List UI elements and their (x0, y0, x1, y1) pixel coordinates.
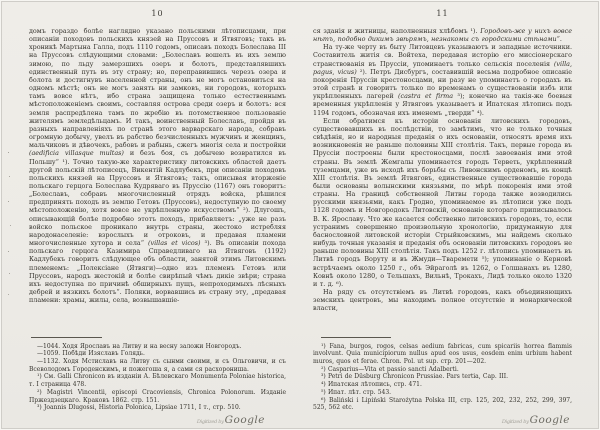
footnote: —1132. Ходя Мстиславъ на Литву съ сынми … (29, 358, 286, 373)
footnote: —1059. Побѣди Изяславъ Голядь. (29, 350, 286, 358)
digitized-by-text: Digitized by (197, 419, 224, 425)
page-right: 11 ся зданія и житницы, наполненныя хлѣб… (313, 0, 572, 428)
paragraph: ся зданія и житницы, наполненныя хлѣбомъ… (313, 27, 572, 43)
italic-text-segment: (villas et vicos) (148, 239, 201, 247)
text-segment: Если обратимся къ исторіи основанія лито… (313, 117, 572, 288)
google-logo-text: Google (530, 414, 570, 426)
google-watermark-right: Digitized byGoogle (502, 408, 570, 427)
paragraph: Если обратимся къ исторіи основанія лито… (313, 117, 572, 288)
footnote: ⁴) Ипатская лѣтопись, стр. 471. (313, 381, 572, 389)
footer-left: —1044. Ходя Ярославъ на Литву и на весну… (29, 337, 286, 412)
footnote: ¹) Fana, burgos, rogos, celsas aedium fa… (313, 343, 572, 366)
page-left: 10 домъ гораздо болѣе наглядно указано п… (29, 0, 286, 428)
book-scan: 10 домъ гораздо болѣе наглядно указано п… (0, 0, 600, 430)
scan-noise-specks (8, 152, 9, 153)
text-segment: ³). Въ описаніи похода польскаго герцога… (29, 239, 286, 304)
paragraph: На ряду съ отсутствіемъ въ Литвѣ городов… (313, 288, 572, 312)
footnote: ⁵) Ипат. лѣт. стр. 543. (313, 389, 572, 397)
text-segment: На ряду съ отсутствіемъ въ Литвѣ городов… (313, 288, 572, 312)
paragraph: На ту-же черту въ быту Литовцевъ указыва… (313, 43, 572, 116)
footnote: ¹) См. Galli Chronicon въ изданіи А. Бѣл… (29, 373, 286, 388)
footnotes-right: ¹) Fana, burgos, rogos, celsas aedium fa… (313, 343, 572, 412)
footnote: ³) Petri de Düsburg Chronicon Prussiae. … (313, 373, 572, 381)
text-segment: домъ гораздо болѣе наглядно указано поль… (29, 27, 286, 149)
italic-text-segment: (aedificia villasque multas) (29, 149, 124, 157)
footnote-rule-right (321, 337, 391, 338)
page-number-left: 10 (29, 9, 286, 18)
text-segment: На ту-же черту въ быту Литовцевъ указыва… (313, 43, 572, 67)
footnote: ²) Casparius—Vita et passio sancti Adalb… (313, 366, 572, 374)
footer-right: ¹) Fana, burgos, rogos, celsas aedium fa… (313, 337, 572, 412)
body-text-left: домъ гораздо болѣе наглядно указано поль… (29, 27, 286, 304)
google-watermark-left: Digitized byGoogle (197, 408, 265, 427)
footnote: ²) Magistri Vincentii, episcopi Cracovie… (29, 389, 286, 404)
text-segment: ся зданія и житницы, наполненныя хлѣбомъ… (313, 27, 480, 35)
google-logo-text: Google (225, 414, 265, 426)
paragraph: домъ гораздо болѣе наглядно указано поль… (29, 27, 286, 304)
body-text-right: ся зданія и житницы, наполненныя хлѣбомъ… (313, 27, 572, 312)
italic-text-segment: (castra et firma (398, 92, 453, 100)
footnote: —1044. Ходя Ярославъ на Литву и на весну… (29, 343, 286, 351)
page-number-right: 11 (313, 9, 572, 18)
digitized-by-text: Digitized by (502, 419, 529, 425)
text-segment: и безъ боя, съ добычею возвратился въ По… (29, 149, 286, 247)
footnotes-left: —1044. Ходя Ярославъ на Литву и на весну… (29, 343, 286, 412)
footnote-rule-left (31, 337, 102, 338)
